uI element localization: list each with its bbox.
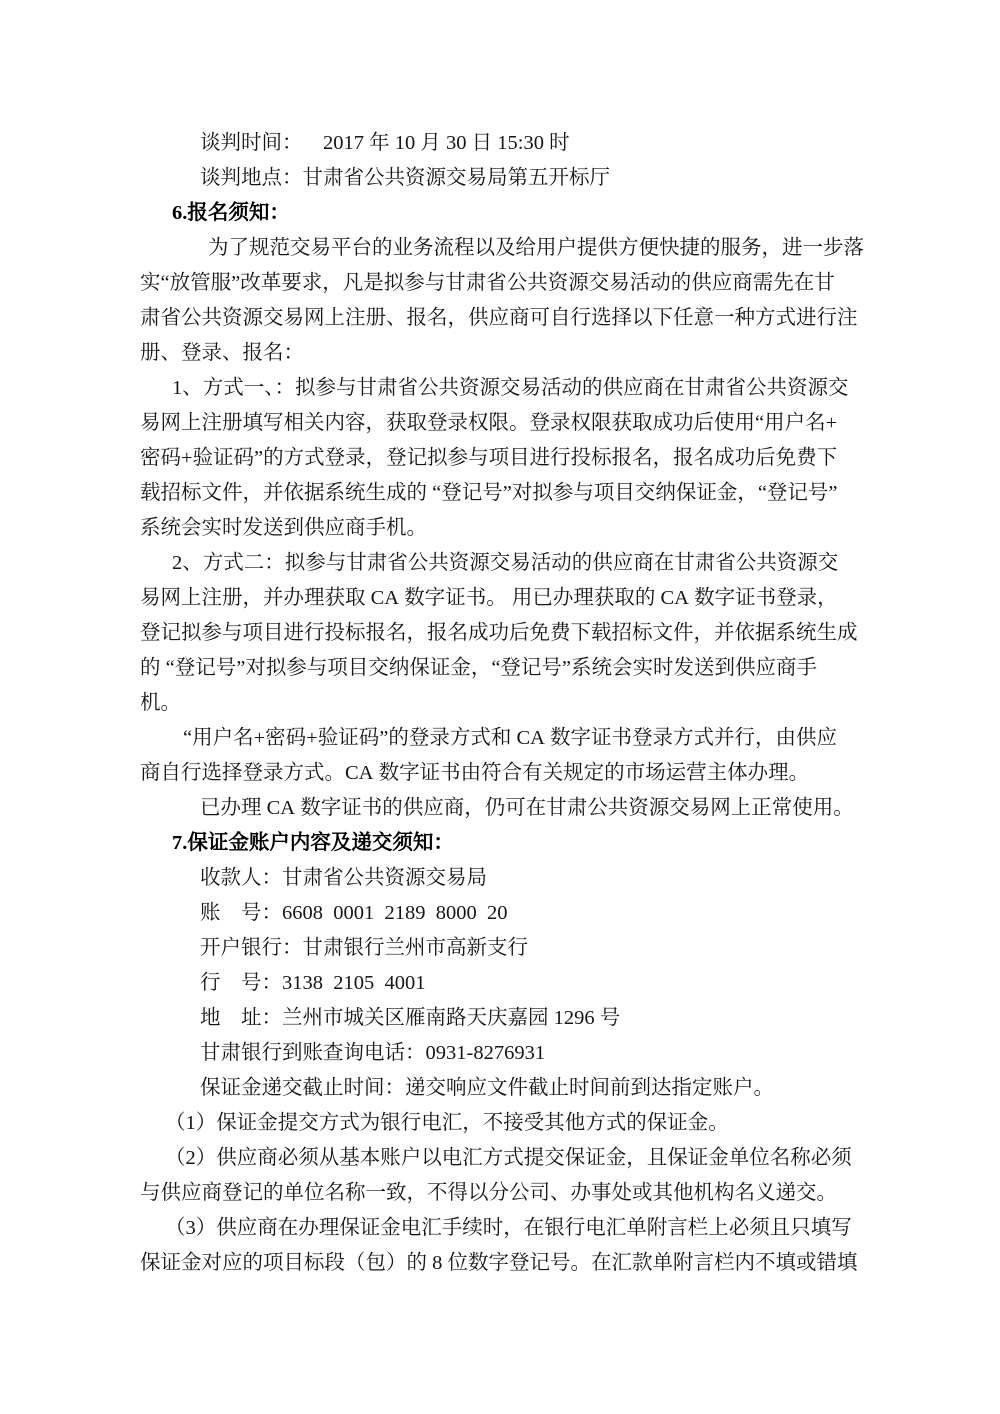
text-line: （3）供应商在办理保证金电汇手续时，在银行电汇单附言栏上必须且只填写 xyxy=(140,1211,866,1246)
text-line: （1）保证金提交方式为银行电汇，不接受其他方式的保证金。 xyxy=(140,1106,866,1141)
text-line: 与供应商登记的单位名称一致，不得以分公司、办事处或其他机构名义递交。 xyxy=(140,1176,866,1211)
text-line: 商自行选择登录方式。CA 数字证书由符合有关规定的市场运营主体办理。 xyxy=(140,756,866,791)
text-line: 载招标文件，并依据系统生成的 “登记号”对拟参与项目交纳保证金，“登记号” xyxy=(140,476,866,511)
text-line: 谈判时间： 2017 年 10 月 30 日 15:30 时 xyxy=(140,126,866,161)
text-line: 为了规范交易平台的业务流程以及给用户提供方便快捷的服务，进一步落 xyxy=(140,231,866,266)
text-line: 肃省公共资源交易网上注册、报名，供应商可自行选择以下任意一种方式进行注 xyxy=(140,301,866,336)
text-line: 保证金对应的项目标段（包）的 8 位数字登记号。在汇款单附言栏内不填或错填 xyxy=(140,1246,866,1281)
text-line: 开户银行：甘肃银行兰州市高新支行 xyxy=(140,931,866,966)
text-line: 1、方式一、：拟参与甘肃省公共资源交易活动的供应商在甘肃省公共资源交 xyxy=(140,371,866,406)
text-line: 已办理 CA 数字证书的供应商，仍可在甘肃公共资源交易网上正常使用。 xyxy=(140,791,866,826)
text-line: 收款人：甘肃省公共资源交易局 xyxy=(140,861,866,896)
text-line: 甘肃银行到账查询电话：0931-8276931 xyxy=(140,1036,866,1071)
text-line: 地 址：兰州市城关区雁南路天庆嘉园 1296 号 xyxy=(140,1001,866,1036)
text-line: 行 号：3138 2105 4001 xyxy=(140,966,866,1001)
document-page: 谈判时间： 2017 年 10 月 30 日 15:30 时谈判地点：甘肃省公共… xyxy=(0,0,1000,1414)
text-line: 登记拟参与项目进行投标报名，报名成功后免费下载招标文件，并依据系统生成 xyxy=(140,616,866,651)
section-heading-line: 7.保证金账户内容及递交须知： xyxy=(140,826,866,861)
document-body: 谈判时间： 2017 年 10 月 30 日 15:30 时谈判地点：甘肃省公共… xyxy=(140,126,866,1281)
text-line: 谈判地点：甘肃省公共资源交易局第五开标厅 xyxy=(140,161,866,196)
text-line: 易网上注册，并办理获取 CA 数字证书。 用已办理获取的 CA 数字证书登录， xyxy=(140,581,866,616)
text-line: 易网上注册填写相关内容，获取登录权限。登录权限获取成功后使用“用户名+ xyxy=(140,406,866,441)
text-line: 系统会实时发送到供应商手机。 xyxy=(140,511,866,546)
text-line: “用户名+密码+验证码”的登录方式和 CA 数字证书登录方式并行，由供应 xyxy=(140,721,866,756)
text-line: 册、登录、报名： xyxy=(140,336,866,371)
text-line: （2）供应商必须从基本账户以电汇方式提交保证金，且保证金单位名称必须 xyxy=(140,1141,866,1176)
text-line: 账 号：6608 0001 2189 8000 20 xyxy=(140,896,866,931)
text-line: 密码+验证码”的方式登录，登记拟参与项目进行投标报名，报名成功后免费下 xyxy=(140,441,866,476)
text-line: 机。 xyxy=(140,686,866,721)
text-line: 2、方式二：拟参与甘肃省公共资源交易活动的供应商在甘肃省公共资源交 xyxy=(140,546,866,581)
section-heading-line: 6.报名须知： xyxy=(140,196,866,231)
text-line: 保证金递交截止时间：递交响应文件截止时间前到达指定账户。 xyxy=(140,1071,866,1106)
text-line: 的 “登记号”对拟参与项目交纳保证金，“登记号”系统会实时发送到供应商手 xyxy=(140,651,866,686)
text-line: 实“放管服”改革要求，凡是拟参与甘肃省公共资源交易活动的供应商需先在甘 xyxy=(140,266,866,301)
